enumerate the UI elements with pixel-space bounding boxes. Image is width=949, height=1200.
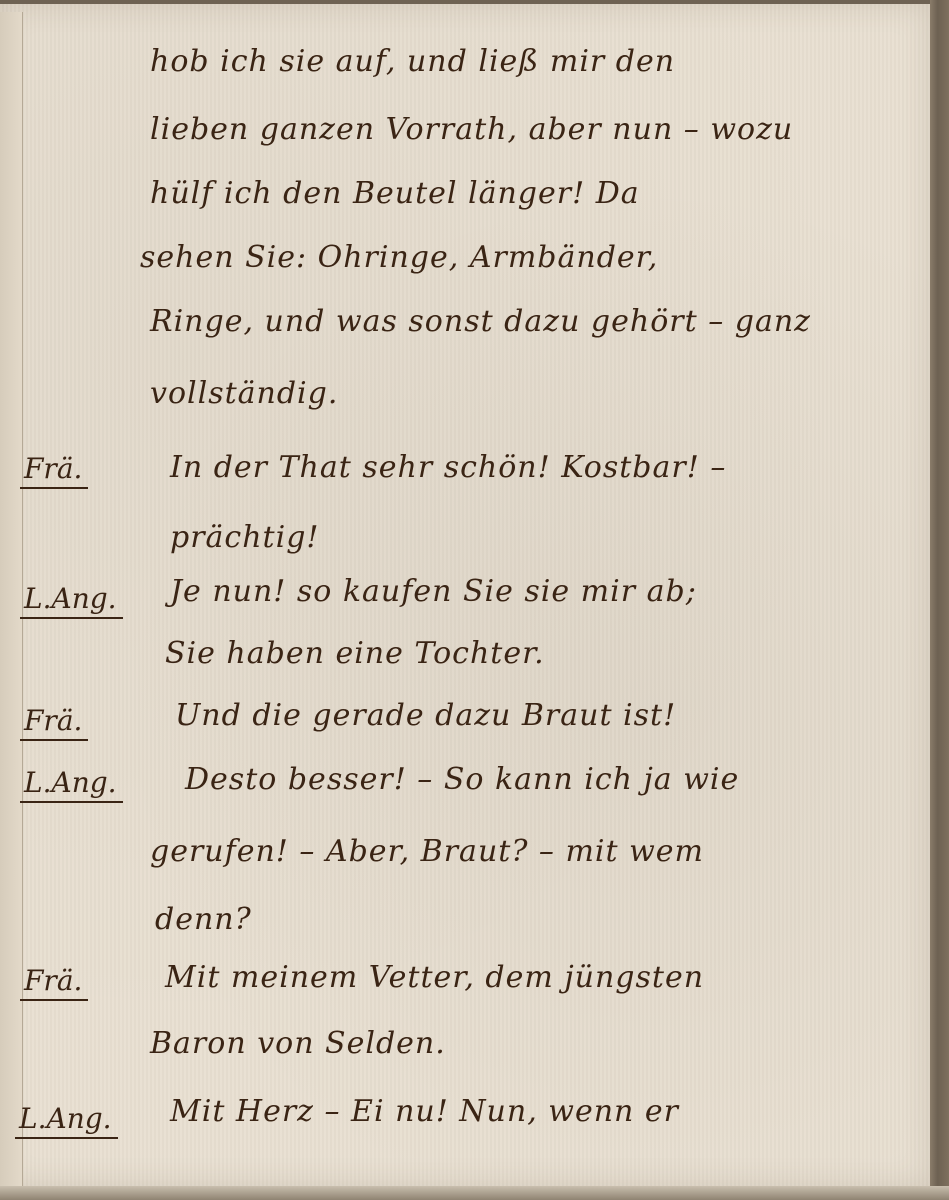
text-line: denn? — [155, 902, 252, 937]
text-line: lieben ganzen Vorrath, aber nun – wozu — [150, 112, 793, 147]
page-bottom-edge — [0, 1186, 949, 1200]
text-line: Und die gerade dazu Braut ist! — [175, 698, 676, 733]
text-line: Desto besser! – So kann ich ja wie — [185, 762, 739, 797]
text-line: gerufen! – Aber, Braut? – mit wem — [150, 834, 704, 869]
speaker-label: L.Ang. — [20, 766, 123, 803]
text-line: Sie haben eine Tochter. — [165, 636, 545, 671]
speaker-label: Frä. — [20, 452, 88, 489]
speaker-label: Frä. — [20, 704, 88, 741]
text-line: Mit meinem Vetter, dem jüngsten — [165, 960, 704, 995]
manuscript-page: hob ich sie auf, und ließ mir den lieben… — [0, 4, 930, 1186]
text-line: Mit Herz – Ei nu! Nun, wenn er — [170, 1094, 679, 1129]
text-line: hülf ich den Beutel länger! Da — [150, 176, 640, 211]
text-line: Baron von Selden. — [150, 1026, 446, 1061]
speaker-label: L.Ang. — [15, 1102, 118, 1139]
speaker-label: Frä. — [20, 964, 88, 1001]
page-right-edge — [930, 0, 949, 1200]
text-line: Ringe, und was sonst dazu gehört – ganz — [150, 304, 811, 339]
text-line: sehen Sie: Ohringe, Armbänder, — [140, 240, 658, 275]
text-line: Je nun! so kaufen Sie sie mir ab; — [170, 574, 697, 609]
speaker-label: L.Ang. — [20, 582, 123, 619]
text-line: vollständig. — [150, 376, 338, 411]
text-line: In der That sehr schön! Kostbar! – — [170, 450, 726, 485]
text-line: hob ich sie auf, und ließ mir den — [150, 44, 675, 79]
text-line: prächtig! — [170, 520, 319, 555]
